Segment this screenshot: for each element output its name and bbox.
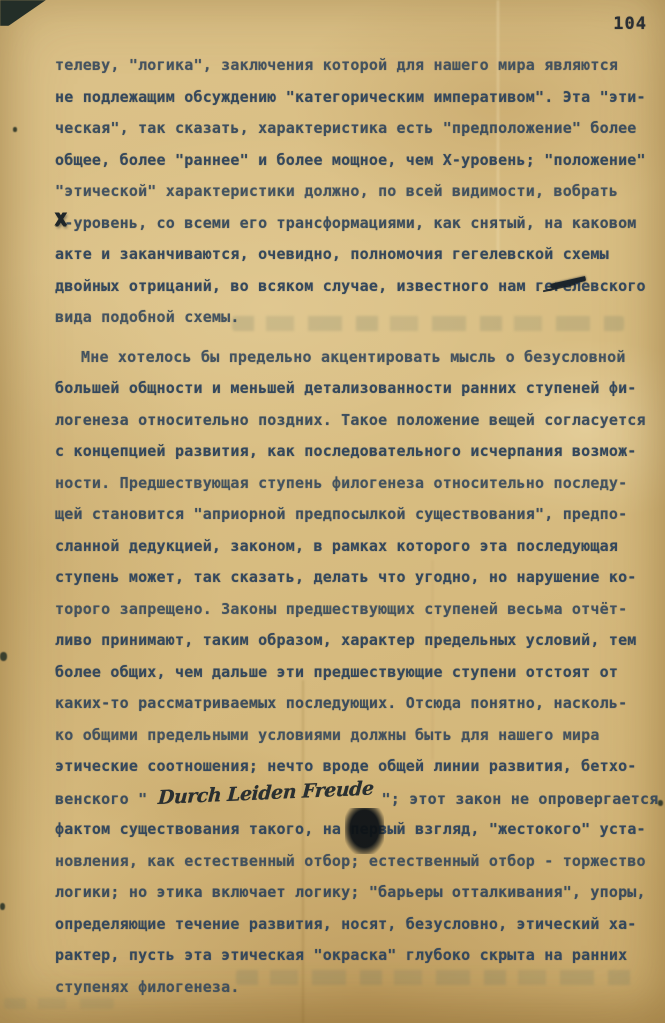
- text-line: ливо принимают, таким образом, характер …: [55, 625, 651, 657]
- typewritten-text: "этической" характеристики должно, по вс…: [55, 182, 618, 200]
- typewritten-text: "; этот закон не опровергается: [372, 790, 658, 808]
- typewritten-text: ступенях филогенеза.: [55, 978, 240, 996]
- typewritten-text: каких-то рассматриваемых последующих. От…: [55, 694, 627, 712]
- text-line: двойных отрицаний, во всяком случае, изв…: [55, 271, 651, 303]
- text-line: общее, более "раннее" и более мощное, че…: [55, 145, 651, 177]
- typewritten-text: двойных отрицаний, во всяком случае, изв…: [55, 277, 553, 295]
- scan-corner-mark: [0, 0, 46, 26]
- ink-speck: [13, 127, 17, 132]
- typewritten-text: логики; но этика включает логику; "барье…: [55, 883, 646, 901]
- typewritten-text: торого запрещено. Законы предшествующих …: [55, 600, 627, 618]
- typewritten-text: евского: [581, 277, 646, 295]
- typewritten-text: Мне хотелось бы предельно акцентировать …: [81, 348, 626, 366]
- typewritten-text: щей становится "априорной предпосылкой с…: [55, 505, 627, 523]
- text-line: фактом существования такого, на первый в…: [55, 814, 651, 846]
- edge-speck: [658, 800, 663, 806]
- text-line: более общих, чем дальше эти предшествующ…: [55, 657, 651, 689]
- typewritten-text: ливо принимают, таким образом, характер …: [55, 631, 637, 649]
- ink-overwritten-x: Х: [55, 201, 67, 239]
- typewritten-text: ности. Предшествующая ступень филогенеза…: [55, 474, 627, 492]
- typewritten-text: большей общности и меньшей детализованно…: [55, 379, 637, 397]
- typewritten-text: венского ": [55, 790, 157, 808]
- paragraph: Мне хотелось бы предельно акцентировать …: [55, 342, 651, 1004]
- typewritten-text: -уровень, со всеми его трансформациями, …: [64, 214, 636, 232]
- typewritten-text: фактом существования такого, на: [55, 820, 350, 838]
- typewritten-text: телеву, "логика", заключения которой для…: [55, 56, 618, 74]
- text-line: акте и заканчиваются, очевидно, полномоч…: [55, 239, 651, 271]
- text-line: Мне хотелось бы предельно акцентировать …: [55, 342, 651, 374]
- text-line: определяющие течение развития, носят, бе…: [55, 909, 651, 941]
- text-line: каких-то рассматриваемых последующих. От…: [55, 688, 651, 720]
- typewritten-text: общее, более "раннее" и более мощное, че…: [55, 151, 646, 169]
- text-line: новления, как естественный отбор; естест…: [55, 846, 651, 878]
- typewritten-text: акте и заканчиваются, очевидно, полномоч…: [55, 245, 609, 263]
- text-line: торого запрещено. Законы предшествующих …: [55, 594, 651, 626]
- edge-speck: [0, 652, 7, 661]
- typewritten-text: логенеза относительно поздних. Такое пол…: [55, 411, 646, 429]
- typewritten-text: новления, как естественный отбор; естест…: [55, 852, 646, 870]
- text-line: логенеза относительно поздних. Такое пол…: [55, 405, 651, 437]
- text-line: Х-уровень, со всеми его трансформациями,…: [55, 208, 651, 240]
- text-line: ступенях филогенеза.: [55, 972, 651, 1004]
- text-line: вида подобной схемы.: [55, 302, 651, 334]
- text-line: ко общими предельными условиями должны б…: [55, 720, 651, 752]
- typewritten-text: определяющие течение развития, носят, бе…: [55, 915, 637, 933]
- text-line: щей становится "априорной предпосылкой с…: [55, 499, 651, 531]
- edge-speck: [0, 903, 5, 910]
- text-line: большей общности и меньшей детализованно…: [55, 373, 651, 405]
- text-line: рактер, пусть эта этическая "окраска" гл…: [55, 940, 651, 972]
- text-line: телеву, "логика", заключения которой для…: [55, 50, 651, 82]
- typewritten-text: более общих, чем дальше эти предшествующ…: [55, 663, 618, 681]
- typewritten-text: этические соотношения; нечто вроде общей…: [55, 757, 637, 775]
- ink-blot-word: пер: [350, 814, 378, 846]
- text-line: логики; но этика включает логику; "барье…: [55, 877, 651, 909]
- typewritten-text: ступень может, так сказать, делать что у…: [55, 568, 637, 586]
- text-line: ческая", так сказать, характеристика ест…: [55, 113, 651, 145]
- ink-correction-stroke: гел: [553, 271, 581, 303]
- text-line: ности. Предшествующая ступень филогенеза…: [55, 468, 651, 500]
- typewritten-text: ческая", так сказать, характеристика ест…: [55, 119, 637, 137]
- typewritten-text: не подлежащим обсуждению "категорическим…: [55, 88, 646, 106]
- typewritten-text: с концепцией развития, как последователь…: [55, 442, 637, 460]
- typewritten-text-block: телеву, "логика", заключения которой для…: [55, 50, 651, 1003]
- paragraph: телеву, "логика", заключения которой для…: [55, 50, 651, 334]
- typewritten-text: ко общими предельными условиями должны б…: [55, 726, 600, 744]
- text-line: не подлежащим обсуждению "категорическим…: [55, 82, 651, 114]
- typewritten-text: вый взгляд, "жестокого" уста-: [378, 820, 646, 838]
- manuscript-page: 104 телеву, "логика", заключения которой…: [0, 0, 665, 1023]
- typewritten-text: сланной дедукцией, законом, в рамках кот…: [55, 537, 618, 555]
- typewritten-text: рактер, пусть эта этическая "окраска" гл…: [55, 946, 627, 964]
- text-line: сланной дедукцией, законом, в рамках кот…: [55, 531, 651, 563]
- page-number: 104: [613, 14, 647, 34]
- typewritten-text: вида подобной схемы.: [55, 308, 240, 326]
- text-line: ступень может, так сказать, делать что у…: [55, 562, 651, 594]
- text-line: "этической" характеристики должно, по вс…: [55, 176, 651, 208]
- text-line: с концепцией развития, как последователь…: [55, 436, 651, 468]
